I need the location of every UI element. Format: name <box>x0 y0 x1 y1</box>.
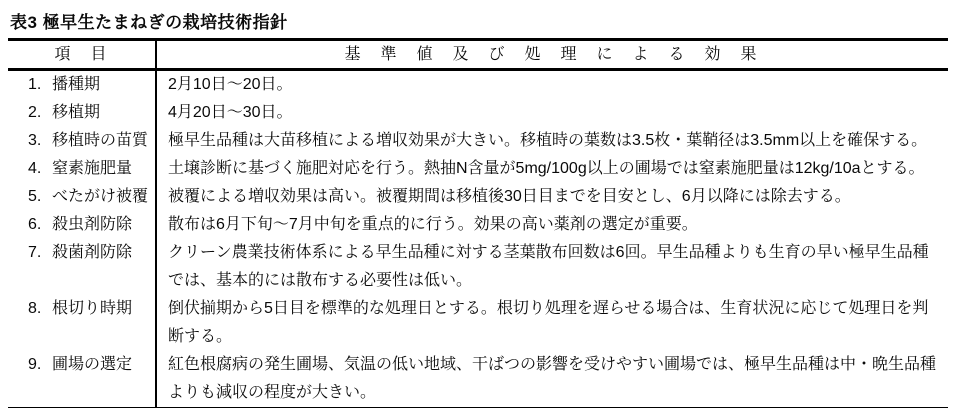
item-cell: 7.殺菌剤防除 <box>8 239 157 295</box>
table-row: 7.殺菌剤防除 クリーン農業技術体系による早生品種に対する茎葉散布回数は6回。早… <box>8 239 948 295</box>
item-number: 9. <box>28 351 52 379</box>
item-label: 殺虫剤防除 <box>52 216 132 233</box>
item-cell: 9.圃場の選定 <box>8 351 157 407</box>
table-row: 2.移植期 4月20日～30日。 <box>8 99 948 127</box>
item-label: 殺菌剤防除 <box>52 244 132 261</box>
effect-text: クリーン農業技術体系による早生品種に対する茎葉散布回数は6回。早生品種よりも生育… <box>168 239 944 295</box>
column-header-item: 項 目 <box>8 41 157 68</box>
effect-text: 極早生品種は大苗移植による増収効果が大きい。移植時の葉数は3.5枚・葉鞘径は3.… <box>168 127 944 155</box>
table-row: 4.窒素施肥量 土壌診断に基づく施肥対応を行う。熱抽N含量が5mg/100g以上… <box>8 155 948 183</box>
column-header-effect: 基準値及び処理による効果 <box>157 41 948 68</box>
effect-text: 散布は6月下旬～7月中旬を重点的に行う。効果の高い薬剤の選定が重要。 <box>168 211 944 239</box>
item-label: 根切り時期 <box>52 300 132 317</box>
item-number: 2. <box>28 99 52 127</box>
item-number: 8. <box>28 295 52 323</box>
effect-cell: 土壌診断に基づく施肥対応を行う。熱抽N含量が5mg/100g以上の圃場では窒素施… <box>157 155 948 183</box>
table-header-row: 項 目 基準値及び処理による効果 <box>8 41 948 71</box>
guideline-table: 項 目 基準値及び処理による効果 1.播種期 2月10日～20日。 2.移植期 … <box>8 38 948 408</box>
item-label: べたがけ被覆 <box>52 188 148 205</box>
effect-cell: 4月20日～30日。 <box>157 99 948 127</box>
effect-cell: 2月10日～20日。 <box>157 71 948 99</box>
document-page: 表3 極早生たまねぎの栽培技術指針 項 目 基準値及び処理による効果 1.播種期… <box>0 0 955 408</box>
item-number: 6. <box>28 211 52 239</box>
effect-cell: 紅色根腐病の発生圃場、気温の低い地域、干ばつの影響を受けやすい圃場では、極早生品… <box>157 351 948 407</box>
item-label: 圃場の選定 <box>52 356 132 373</box>
item-cell: 5.べたがけ被覆 <box>8 183 157 211</box>
page-title: 表3 極早生たまねぎの栽培技術指針 <box>0 0 955 38</box>
effect-text: 被覆による増収効果は高い。被覆期間は移植後30日目までを目安とし、6月以降には除… <box>168 183 944 211</box>
item-cell: 3.移植時の苗質 <box>8 127 157 155</box>
effect-cell: 倒伏揃期から5日目を標準的な処理日とする。根切り処理を遅らせる場合は、生育状況に… <box>157 295 948 351</box>
item-number: 4. <box>28 155 52 183</box>
table-row: 6.殺虫剤防除 散布は6月下旬～7月中旬を重点的に行う。効果の高い薬剤の選定が重… <box>8 211 948 239</box>
item-cell: 2.移植期 <box>8 99 157 127</box>
item-cell: 4.窒素施肥量 <box>8 155 157 183</box>
table-row: 3.移植時の苗質 極早生品種は大苗移植による増収効果が大きい。移植時の葉数は3.… <box>8 127 948 155</box>
effect-cell: 被覆による増収効果は高い。被覆期間は移植後30日目までを目安とし、6月以降には除… <box>157 183 948 211</box>
table-row: 9.圃場の選定 紅色根腐病の発生圃場、気温の低い地域、干ばつの影響を受けやすい圃… <box>8 351 948 407</box>
item-cell: 6.殺虫剤防除 <box>8 211 157 239</box>
effect-text: 倒伏揃期から5日目を標準的な処理日とする。根切り処理を遅らせる場合は、生育状況に… <box>168 295 944 351</box>
table-row: 1.播種期 2月10日～20日。 <box>8 71 948 99</box>
item-cell: 8.根切り時期 <box>8 295 157 351</box>
item-label: 窒素施肥量 <box>52 160 132 177</box>
item-cell: 1.播種期 <box>8 71 157 99</box>
item-label: 移植期 <box>52 104 100 121</box>
item-number: 7. <box>28 239 52 267</box>
item-number: 1. <box>28 71 52 99</box>
effect-cell: 極早生品種は大苗移植による増収効果が大きい。移植時の葉数は3.5枚・葉鞘径は3.… <box>157 127 948 155</box>
table-row: 5.べたがけ被覆 被覆による増収効果は高い。被覆期間は移植後30日目までを目安と… <box>8 183 948 211</box>
effect-cell: クリーン農業技術体系による早生品種に対する茎葉散布回数は6回。早生品種よりも生育… <box>157 239 948 295</box>
effect-text: 2月10日～20日。 <box>168 71 944 99</box>
effect-text: 紅色根腐病の発生圃場、気温の低い地域、干ばつの影響を受けやすい圃場では、極早生品… <box>168 351 944 407</box>
table-row: 8.根切り時期 倒伏揃期から5日目を標準的な処理日とする。根切り処理を遅らせる場… <box>8 295 948 351</box>
effect-cell: 散布は6月下旬～7月中旬を重点的に行う。効果の高い薬剤の選定が重要。 <box>157 211 948 239</box>
item-number: 5. <box>28 183 52 211</box>
item-number: 3. <box>28 127 52 155</box>
item-label: 移植時の苗質 <box>52 132 148 149</box>
item-label: 播種期 <box>52 76 100 93</box>
effect-text: 土壌診断に基づく施肥対応を行う。熱抽N含量が5mg/100g以上の圃場では窒素施… <box>168 155 944 183</box>
effect-text: 4月20日～30日。 <box>168 99 944 127</box>
